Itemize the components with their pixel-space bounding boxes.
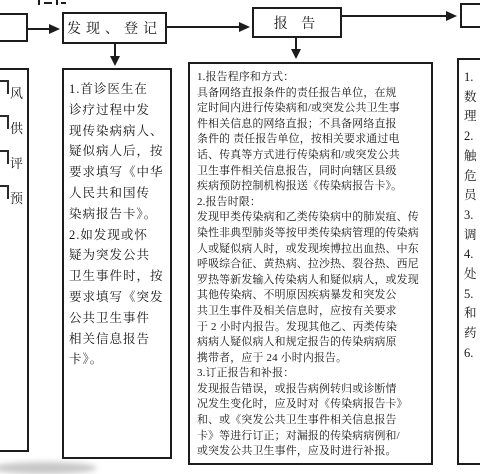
- clipped-glyph: [0, 185, 9, 199]
- arrow-right-icon: [239, 22, 250, 32]
- arrow-down-icon: [291, 49, 301, 59]
- flow-node-report: 报 告: [252, 7, 342, 38]
- clipped-glyph: [0, 80, 9, 94]
- flow-node-previous-partial: [0, 13, 28, 42]
- scan-smudge: [0, 462, 97, 474]
- top-edge-mark: [44, 2, 52, 4]
- register-detail-text: 1.首诊医生在 诊疗过程中发 现传染病病人、 疑似病人后，按 要求填写《中华 人…: [64, 70, 170, 370]
- detail-box-register: 1.首诊医生在 诊疗过程中发 现传染病病人、 疑似病人后，按 要求填写《中华 人…: [62, 68, 172, 459]
- top-edge-mark: [61, 2, 66, 4]
- arrow-right-icon: [446, 11, 457, 21]
- flow-node-discover-register: 发现、登记: [62, 12, 167, 44]
- detail-box-right-partial: 1. 数 理 2. 触 危 员 3. 调 4. 处 5. 和 药 6.: [457, 58, 480, 465]
- arrow-right-icon: [49, 24, 60, 34]
- arrow-down-icon: [110, 56, 120, 66]
- flow-node-label: 报 告: [274, 13, 321, 33]
- flow-node-label: 发现、登记: [67, 18, 162, 38]
- top-edge-mark: [56, 0, 58, 5]
- arrow-line: [342, 15, 446, 17]
- arrow-line: [167, 26, 239, 28]
- clipped-glyph: [0, 150, 9, 164]
- right-partial-text: 1. 数 理 2. 触 危 员 3. 调 4. 处 5. 和 药 6.: [459, 60, 480, 364]
- detail-box-report: 1.报告程序和方式： 具备网络直报条件的责任报告单位，在规 定时间内进行传染病和…: [188, 62, 433, 465]
- arrow-line: [28, 28, 50, 30]
- report-detail-text: 1.报告程序和方式： 具备网络直报条件的责任报告单位，在规 定时间内进行传染病和…: [190, 64, 431, 460]
- flowchart-scan: 发现、登记 报 告 风 供 评 预 1.首诊医生在 诊疗过程中发 现传染病病人、…: [0, 0, 480, 474]
- top-edge-mark: [38, 0, 40, 5]
- flow-node-next-partial: [460, 3, 480, 28]
- clipped-glyph: [0, 115, 9, 129]
